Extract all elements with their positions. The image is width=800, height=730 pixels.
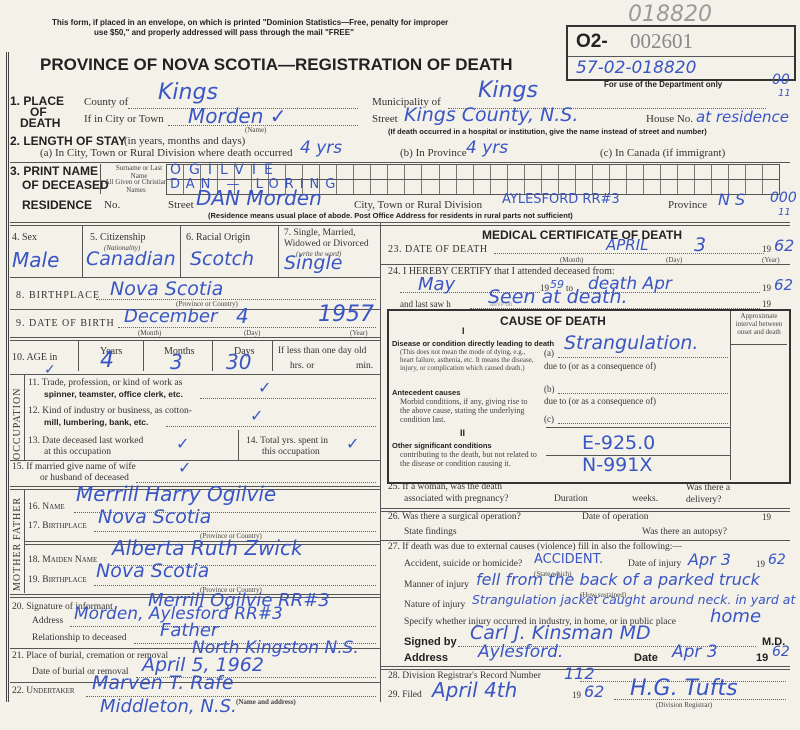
last-saw-year-prefix: 19	[762, 299, 771, 309]
operation-date-label: Date of operation	[582, 512, 648, 522]
mother-side-label: MOTHER	[12, 545, 23, 591]
medical-certificate-title: MEDICAL CERTIFICATE OF DEATH	[482, 228, 682, 242]
father-name-value: Merrill Harry Ogilvie	[76, 482, 276, 506]
stay-a-label: (a) In City, Town or Rural Division wher…	[40, 147, 292, 159]
divider	[212, 341, 213, 371]
q13-label: 13. Date deceased last worked	[28, 436, 143, 446]
divider	[10, 374, 380, 375]
occupation-side-label: OCCUPATION	[12, 380, 23, 460]
division-registrar-caption: (Division Registrar)	[656, 701, 712, 709]
undertaker-label: 22. Undertaker	[12, 686, 75, 696]
filed-label: 29. Filed	[388, 690, 422, 700]
racial-origin-label: 6. Racial Origin	[186, 232, 250, 243]
filed-year-prefix: 19	[572, 690, 581, 700]
q15-label: 15. If married give name of wife	[12, 462, 136, 472]
cause-c-label: (c)	[544, 414, 554, 424]
attended-from-value: May	[418, 274, 455, 295]
to-year: 62	[774, 276, 793, 294]
delivery-label: Was there a delivery?	[686, 482, 756, 506]
sex-value: Male	[12, 248, 59, 272]
divider	[100, 164, 101, 194]
city-value: Morden ✓	[188, 104, 287, 128]
dept-prefix: O2-	[576, 31, 608, 53]
signed-by-value: Carl J. Kinsman MD	[470, 622, 651, 644]
q25-label: 25. If a woman, was the death	[388, 482, 502, 492]
dod-month-caption: (Month)	[560, 256, 583, 264]
street-value: Kings County, N.S.	[404, 104, 578, 126]
last-saw-value: Seen at death.	[488, 286, 628, 308]
other-conditions-value2: N-991X	[582, 454, 652, 476]
q13-value: ✓	[176, 434, 189, 453]
q11-value: ✓	[258, 378, 271, 397]
q13-sub: at this occupation	[44, 447, 111, 457]
undertaker-caption: (Name and address)	[236, 698, 296, 706]
duration-label: Duration	[554, 494, 588, 504]
undertaker-value: Marven T. Rafe	[92, 672, 234, 694]
municipality-value: Kings	[478, 78, 538, 103]
q14-value: ✓	[346, 434, 359, 453]
q11-examples: spinner, teamster, office clerk, etc.	[44, 389, 183, 399]
part2-label: II	[460, 428, 465, 438]
operation-year-prefix: 19	[762, 512, 771, 522]
dotted-line	[166, 426, 376, 427]
accident-label: Accident, suicide or homicide?	[404, 559, 522, 569]
autopsy-label: Was there an autopsy?	[642, 527, 727, 537]
divider	[380, 540, 790, 541]
antecedent-note: Morbid conditions, if any, giving rise t…	[400, 397, 538, 424]
stay-c-label: (c) In Canada (if immigrant)	[600, 147, 725, 159]
residence-note: (Residence means usual place of abode. P…	[208, 211, 573, 220]
house-label: House No.	[646, 113, 693, 125]
month-caption: (Month)	[138, 329, 161, 337]
dob-month: December	[124, 306, 217, 327]
father-name-label: 16. Name	[28, 502, 65, 512]
citizenship-label: 5. Citizenship	[90, 232, 146, 243]
injury-date-value: Apr 3	[688, 550, 731, 569]
city-label: If in City or Town	[84, 113, 164, 125]
residence-street-label: Street	[168, 199, 194, 211]
disease-label: Disease or condition directly leading to…	[392, 339, 554, 348]
q14-sub: this occupation	[262, 447, 320, 457]
signed-by-label: Signed by	[404, 636, 457, 648]
birthplace-label: 8. BIRTHPLACE	[16, 290, 100, 301]
residence-street-value: DAN Morden	[196, 186, 322, 210]
age-days: 30	[226, 350, 251, 374]
divider	[180, 225, 181, 277]
name-caption: (Name)	[245, 126, 266, 134]
marital-value: Single	[284, 252, 342, 274]
mail-notice-line1: This form, if placed in an envelope, on …	[52, 18, 448, 27]
q12-examples: mill, lumbering, bank, etc.	[44, 417, 148, 427]
dotted-line	[558, 393, 728, 394]
doctor-year-prefix: 19	[756, 652, 768, 664]
dob-year: 1957	[318, 302, 374, 327]
mother-birthplace-value: Nova Scotia	[96, 560, 209, 582]
county-label: County of	[84, 96, 128, 108]
day-caption: (Day)	[244, 329, 260, 337]
accident-value: ACCIDENT.	[534, 552, 603, 567]
cause-a-value: Strangulation.	[564, 332, 698, 354]
divider	[78, 341, 79, 371]
dob-label: 9. DATE OF BIRTH	[16, 318, 115, 329]
divider	[10, 337, 380, 341]
dotted-line	[558, 423, 728, 424]
divider	[143, 341, 144, 371]
q12-label: 12. Kind of industry or business, as cot…	[28, 406, 192, 416]
hospital-note: (If death occurred in a hospital or inst…	[388, 127, 707, 136]
nature-value: Strangulation jacket caught around neck.…	[472, 592, 800, 607]
filed-year: 62	[584, 682, 604, 701]
last-saw-label: and last saw h	[400, 299, 451, 309]
findings-label: State findings	[404, 527, 457, 537]
informant-address-label: Address	[32, 616, 63, 626]
check-mark: ✓	[44, 362, 56, 378]
stay-b-label: (b) In Province	[400, 147, 467, 159]
disease-note: (This does not mean the mode of dying, e…	[400, 348, 535, 372]
divider	[10, 460, 380, 461]
age-min-label: min.	[356, 361, 373, 371]
manner-value: fell from the back of a parked truck	[476, 570, 760, 589]
dod-month: APRIL	[606, 236, 649, 254]
divider	[731, 344, 787, 345]
year-caption: (Year)	[350, 329, 368, 337]
interval-column-divider	[730, 311, 731, 480]
dob-day: 4	[236, 304, 249, 328]
death-registration-form: 018820 This form, if placed in an envelo…	[0, 0, 800, 730]
margin-mark: 000	[770, 190, 797, 206]
section3-label: OF DECEASED	[22, 178, 109, 192]
divider	[278, 225, 279, 277]
undertaker-address-value: Middleton, N.S.	[100, 696, 237, 717]
due-to-label: due to (or as a consequence of)	[544, 396, 656, 406]
dod-day: 3	[694, 234, 706, 256]
top-handwritten-number: 018820	[628, 2, 712, 27]
cause-title: CAUSE OF DEATH	[500, 314, 606, 328]
sex-label: 4. Sex	[12, 232, 37, 243]
q14-label: 14. Total yrs. spent in	[246, 436, 328, 446]
filed-date-value: April 4th	[432, 678, 517, 702]
residence-province-label: Province	[668, 199, 707, 211]
relationship-label: Relationship to deceased	[32, 633, 126, 643]
marital-label: 7. Single, Married, Widowed or Divorced	[284, 228, 380, 250]
q11-label: 11. Trade, profession, or kind of work a…	[28, 378, 182, 388]
due-to-label: due to (or as a consequence of)	[544, 361, 656, 371]
section2-label: 2. LENGTH OF STAY	[10, 134, 126, 148]
antecedent-label: Antecedent causes	[392, 388, 460, 397]
manner-label: Manner of injury	[404, 580, 469, 590]
section1-label: DEATH	[20, 116, 60, 130]
street-label: Street	[372, 113, 398, 125]
surname-value: OGILVIE	[170, 162, 281, 178]
father-side-label: FATHER	[12, 490, 23, 540]
residence-no-label: No.	[104, 199, 120, 211]
citizenship-value: Canadian	[86, 248, 176, 270]
q12-value: ✓	[250, 406, 263, 425]
father-birthplace-value: Nova Scotia	[98, 506, 211, 528]
dod-year-caption: (Year)	[762, 256, 780, 264]
interval-header: Approximate interval between onset and d…	[732, 312, 786, 336]
doctor-address-label: Address	[404, 652, 448, 664]
divider	[380, 264, 790, 265]
dod-day-caption: (Day)	[666, 256, 682, 264]
section3-label: 3. PRINT NAME	[10, 164, 98, 178]
mother-birthplace-label: 19. Birthplace	[28, 575, 87, 585]
age-less-label: If less than one day old	[278, 346, 366, 356]
dotted-line	[200, 398, 376, 399]
residence-province-value: N S	[718, 190, 745, 209]
nature-label: Nature of injury	[404, 600, 465, 610]
dod-year-prefix: 19	[762, 244, 771, 254]
q25-sub: associated with pregnancy?	[404, 494, 508, 504]
q27-label: 27. If death was due to external causes …	[388, 542, 682, 552]
other-conditions-value1: E-925.0	[582, 432, 655, 454]
racial-origin-value: Scotch	[190, 248, 254, 270]
residence-city-label: City, Town or Rural Division	[354, 199, 482, 211]
dod-year: 62	[774, 236, 794, 255]
father-birthplace-label: 17. Birthplace	[28, 521, 87, 531]
divider	[82, 225, 83, 277]
section2-note: (in years, months and days)	[124, 135, 245, 147]
dotted-line	[70, 626, 376, 627]
divider	[10, 162, 790, 163]
dept-stamp-number: 002601	[630, 29, 693, 54]
mail-notice-line2: use $50," and properly addressed will pa…	[94, 28, 354, 37]
divider	[238, 430, 239, 460]
injury-date-label: Date of injury	[628, 559, 681, 569]
doctor-date-label: Date	[634, 652, 658, 664]
divider	[10, 222, 790, 226]
specify-value: home	[710, 606, 761, 627]
divider	[24, 374, 25, 460]
margin-mark: 11	[778, 207, 791, 218]
q15-value: ✓	[178, 458, 191, 477]
doctor-address-value: Aylesford.	[478, 642, 563, 662]
cause-a-label: (a)	[544, 348, 554, 358]
q26-label: 26. Was there a surgical operation?	[388, 512, 521, 522]
doctor-year: 62	[772, 644, 790, 660]
county-value: Kings	[158, 80, 218, 105]
injury-year-prefix: 19	[756, 559, 765, 569]
injury-year: 62	[768, 552, 786, 568]
cause-b-label: (b)	[544, 384, 555, 394]
divider	[272, 341, 273, 371]
mother-maiden-value: Alberta Ruth Zwick	[112, 536, 303, 560]
dotted-line	[558, 357, 728, 358]
column-divider	[380, 222, 381, 702]
stay-b-value: 4 yrs	[466, 138, 508, 158]
other-conditions-label: Other significant conditions	[392, 441, 492, 450]
part1-label: I	[462, 326, 465, 336]
to-year-prefix: 19	[762, 283, 771, 293]
dod-label: 23. DATE OF DEATH	[388, 244, 488, 255]
residence-city-value: AYLESFORD RR#3	[502, 192, 620, 207]
age-months: 3	[170, 350, 183, 374]
other-conditions-note: contributing to the death, but not relat…	[400, 450, 538, 468]
birthplace-value: Nova Scotia	[110, 278, 223, 300]
age-years: 4	[100, 348, 114, 373]
residence-label: RESIDENCE	[22, 198, 92, 212]
weeks-label: weeks.	[632, 494, 658, 504]
given-label: All Given or Christian Names	[104, 178, 168, 194]
doctor-date-value: Apr 3	[672, 642, 718, 662]
stay-a-value: 4 yrs	[300, 138, 342, 158]
divider	[546, 427, 730, 428]
mother-maiden-label: 18. Maiden Name	[28, 555, 97, 565]
house-value: at residence	[696, 108, 789, 126]
age-hrs-label: hrs. or	[290, 361, 314, 371]
division-registrar-signature: H.G. Tufts	[630, 676, 738, 701]
